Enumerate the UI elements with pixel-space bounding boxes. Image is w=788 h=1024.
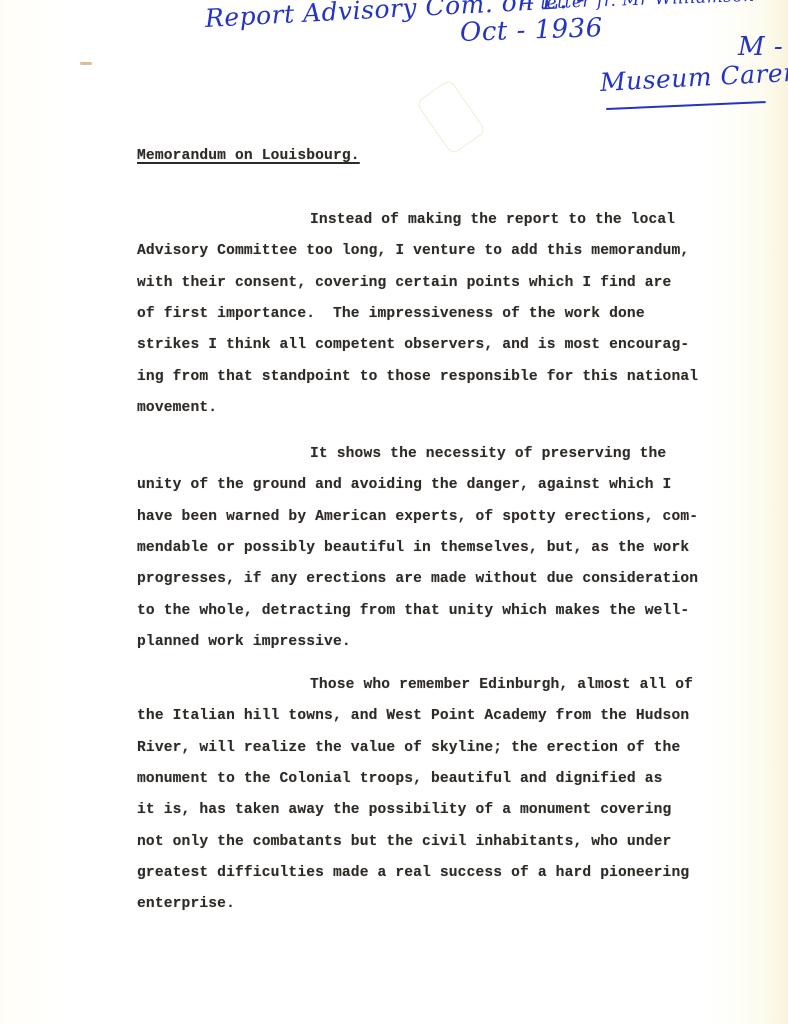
- memo-line: unity of the ground and avoiding the dan…: [137, 477, 671, 493]
- memo-line: strikes I think all competent observers,…: [137, 337, 689, 353]
- memo-title: Memorandum on Louisbourg.: [137, 148, 360, 164]
- memo-line: progresses, if any erections are made wi…: [137, 571, 698, 587]
- memo-line: greatest difficulties made a real succes…: [137, 865, 689, 881]
- memo-line: Those who remember Edinburgh, almost all…: [310, 677, 693, 693]
- memo-line: it is, has taken away the possibility of…: [137, 802, 671, 818]
- handwritten-underline: [606, 101, 766, 110]
- memo-line: monument to the Colonial troops, beautif…: [137, 771, 663, 787]
- memo-line: It shows the necessity of preserving the: [310, 446, 666, 462]
- memo-line: the Italian hill towns, and West Point A…: [137, 708, 689, 724]
- handwritten-museum-note: Museum Carers: [599, 57, 788, 97]
- memo-line: of first importance. The impressiveness …: [137, 306, 645, 322]
- memo-line: River, will realize the value of skyline…: [137, 740, 680, 756]
- document-page: Report Advisory Com. on L. - ← letter fr…: [0, 0, 788, 1024]
- handwritten-initial: M -: [738, 32, 783, 62]
- memo-line: with their consent, covering certain poi…: [137, 275, 671, 291]
- memo-line: ing from that standpoint to those respon…: [137, 369, 698, 385]
- memo-line: have been warned by American experts, of…: [137, 509, 698, 525]
- memo-line: to the whole, detracting from that unity…: [137, 603, 689, 619]
- handwritten-letter-note: ← letter fr. Mr Williamson: [520, 0, 755, 14]
- handwritten-date: Oct - 1936: [459, 13, 603, 48]
- paper-fold-mark: [415, 79, 486, 156]
- memo-line: mendable or possibly beautiful in themse…: [137, 540, 689, 556]
- memo-line: planned work impressive.: [137, 634, 351, 650]
- memo-line: Advisory Committee too long, I venture t…: [137, 243, 689, 259]
- memo-line: Instead of making the report to the loca…: [310, 212, 675, 228]
- memo-line: enterprise.: [137, 896, 235, 912]
- paper-stain: [80, 62, 92, 65]
- memo-line: not only the combatants but the civil in…: [137, 834, 671, 850]
- memo-line: movement.: [137, 400, 217, 416]
